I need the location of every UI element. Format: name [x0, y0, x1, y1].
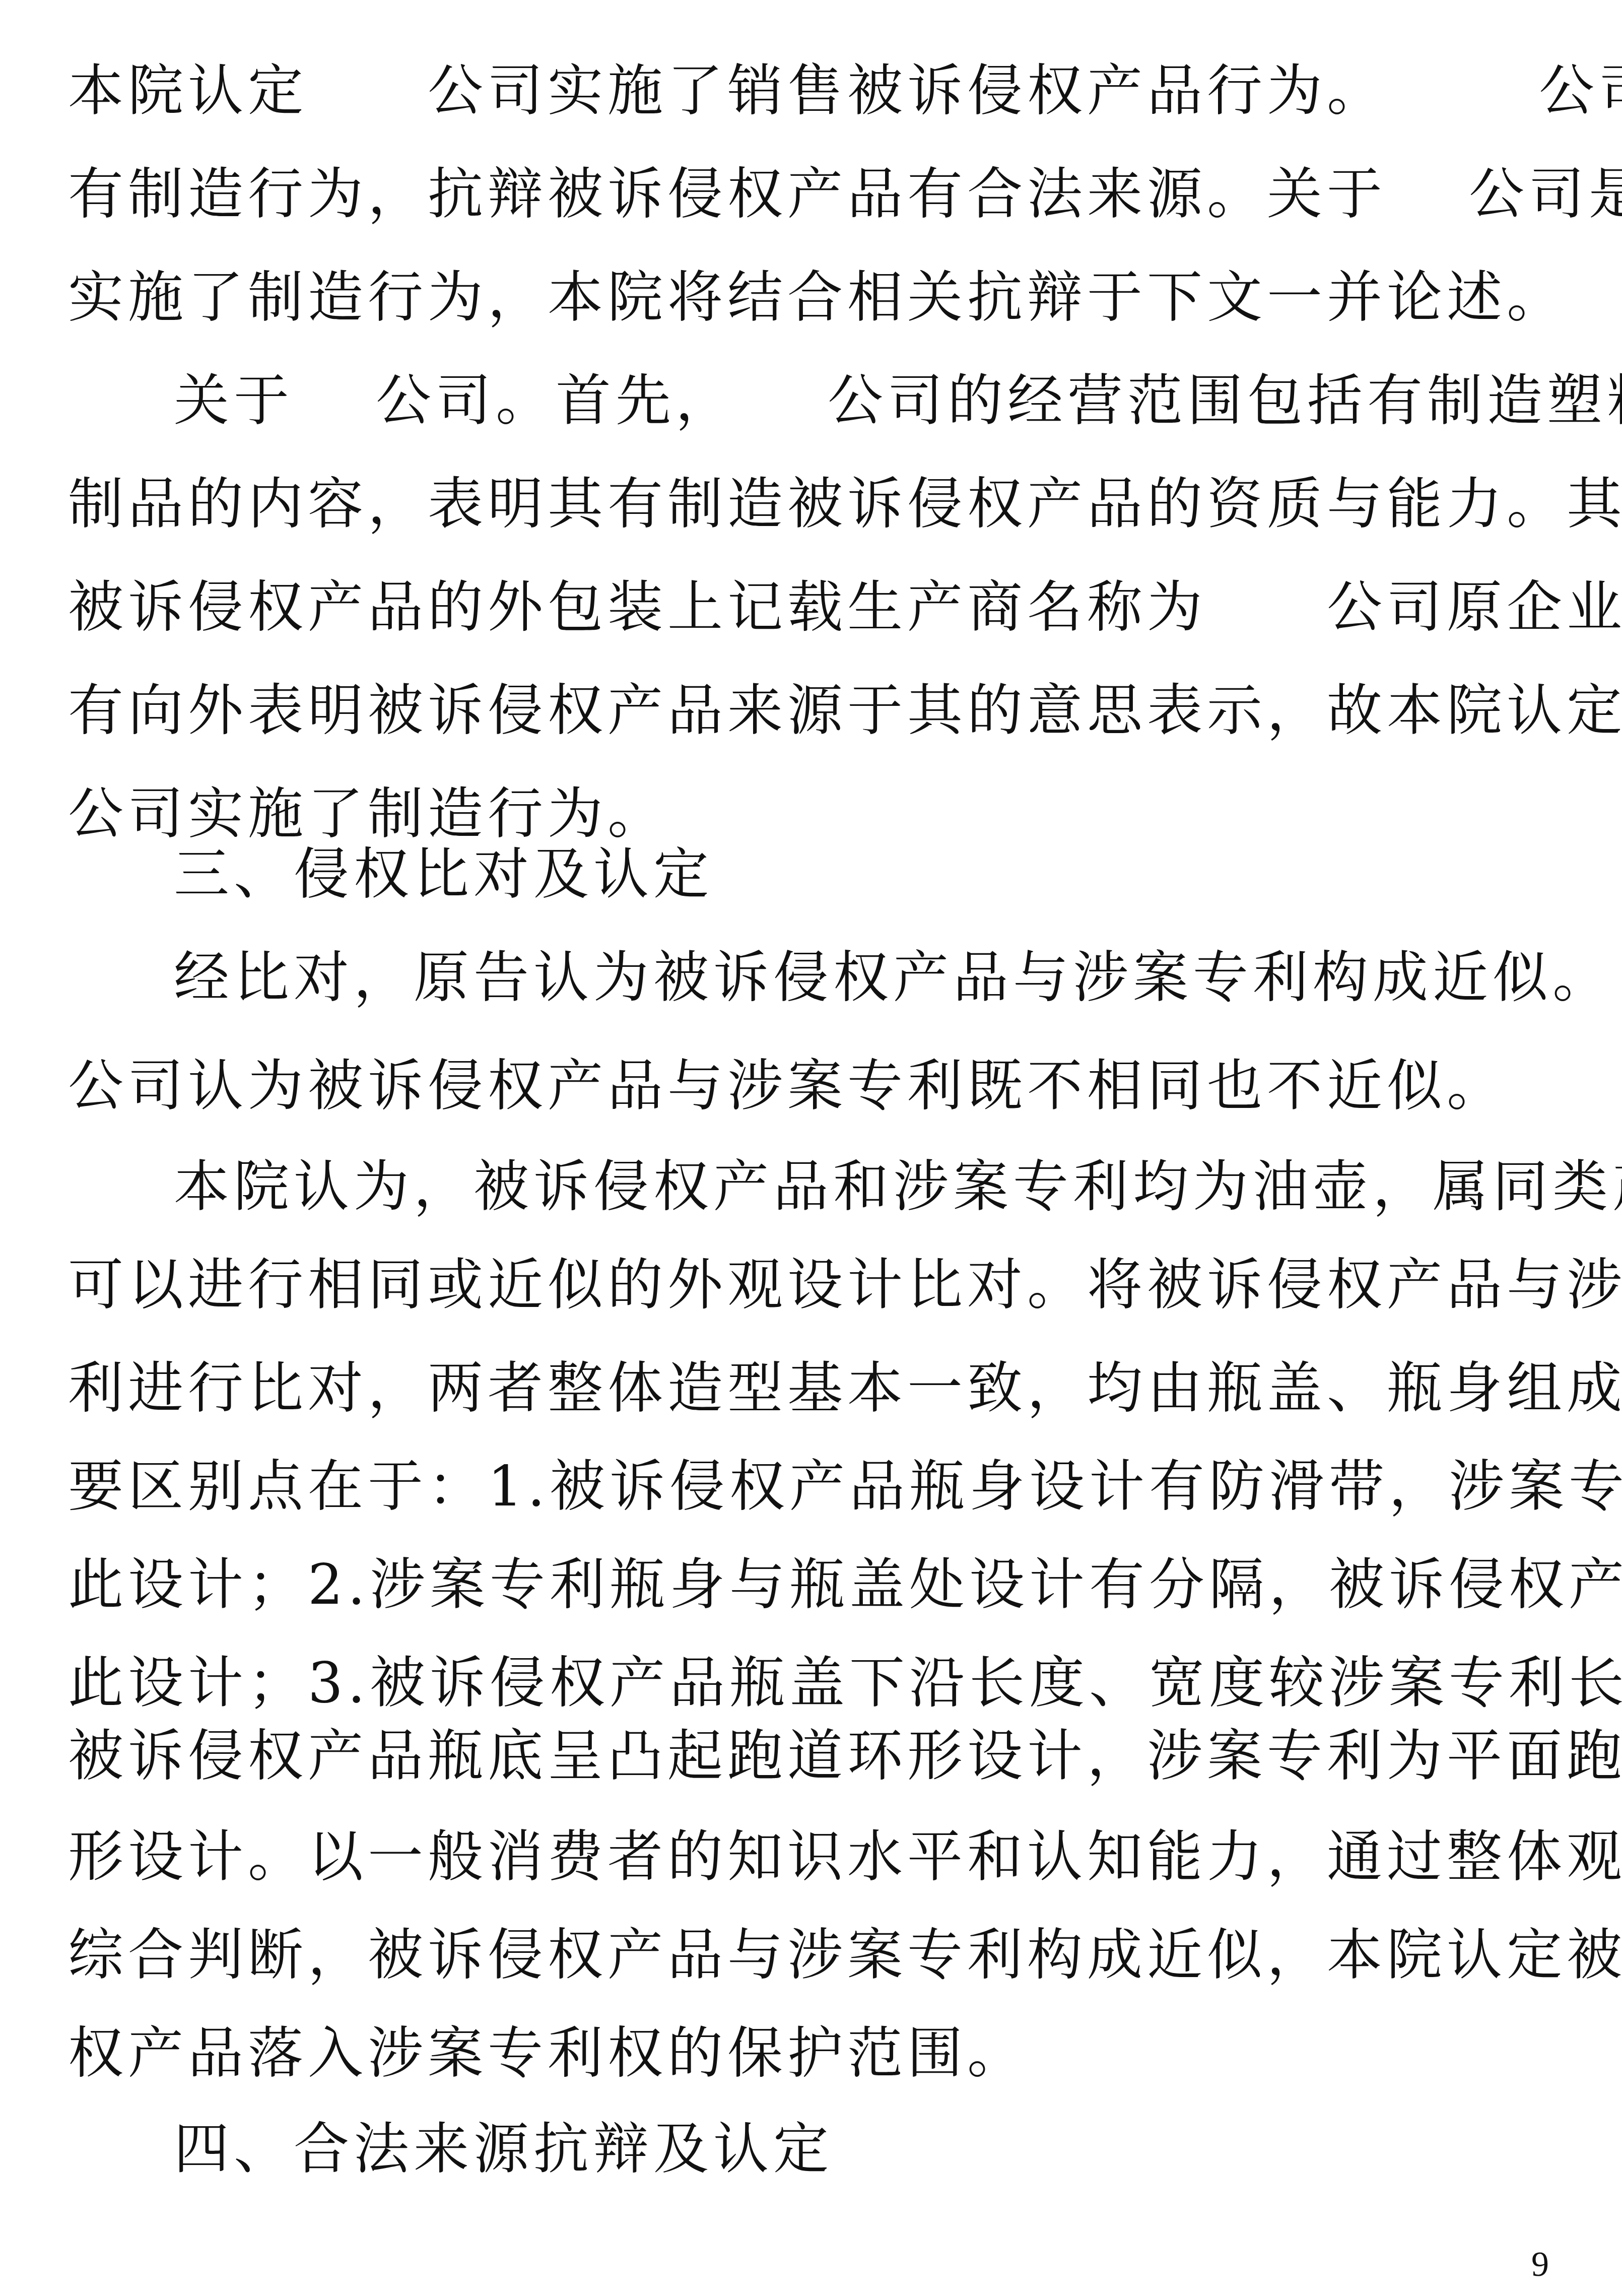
section-heading: 四、合法来源抗辩及认定 [174, 2114, 833, 2184]
text-line: 利进行比对，两者整体造型基本一致，均由瓶盖、瓶身组成。主 [68, 1353, 1622, 1423]
page-number: 9 [1531, 2242, 1549, 2287]
text-line: 公司实施了制造行为。 [68, 778, 667, 849]
text-line: 此设计；3.被诉侵权产品瓶盖下沿长度、宽度较涉案专利长；4. [68, 1648, 1622, 1718]
text-line: 有向外表明被诉侵权产品来源于其的意思表示，故本院认定 [68, 675, 1622, 746]
document-page: 本院认定 公司实施了销售被诉侵权产品行为。 公司否认 有制造行为，抗辩被诉侵权产… [0, 0, 1622, 2296]
section-heading: 三、侵权比对及认定 [174, 839, 713, 909]
text-line: 可以进行相同或近似的外观设计比对。将被诉侵权产品与涉案专 [68, 1250, 1622, 1320]
text-line: 有制造行为，抗辩被诉侵权产品有合法来源。关于 公司是否 [68, 159, 1622, 229]
text-line: 制品的内容，表明其有制造被诉侵权产品的资质与能力。其次， [68, 469, 1622, 539]
text-line: 实施了制造行为，本院将结合相关抗辩于下文一并论述。 [68, 262, 1567, 333]
text-line: 形设计。以一般消费者的知识水平和认知能力，通过整体观察、 [68, 1821, 1622, 1892]
text-line: 经比对，原告认为被诉侵权产品与涉案专利构成近似。 [174, 942, 1612, 1013]
text-line: 被诉侵权产品瓶底呈凸起跑道环形设计，涉案专利为平面跑道环 [68, 1721, 1622, 1791]
text-line: 公司认为被诉侵权产品与涉案专利既不相同也不近似。 [68, 1051, 1507, 1121]
text-line: 被诉侵权产品的外包装上记载生产商名称为 公司原企业名称， [68, 572, 1622, 642]
text-line: 权产品落入涉案专利权的保护范围。 [68, 2018, 1027, 2088]
text-line: 综合判断，被诉侵权产品与涉案专利构成近似，本院认定被诉侵 [68, 1920, 1622, 1990]
text-line: 此设计；2.涉案专利瓶身与瓶盖处设计有分隔，被诉侵权产品无 [68, 1549, 1622, 1620]
text-line: 关于 公司。首先， 公司的经营范围包括有制造塑料 [174, 365, 1622, 436]
text-line: 本院认为，被诉侵权产品和涉案专利均为油壶，属同类产品， [174, 1151, 1622, 1222]
text-line: 要区别点在于：1.被诉侵权产品瓶身设计有防滑带，涉案专利无 [68, 1451, 1622, 1522]
text-line: 本院认定 公司实施了销售被诉侵权产品行为。 公司否认 [68, 55, 1622, 126]
